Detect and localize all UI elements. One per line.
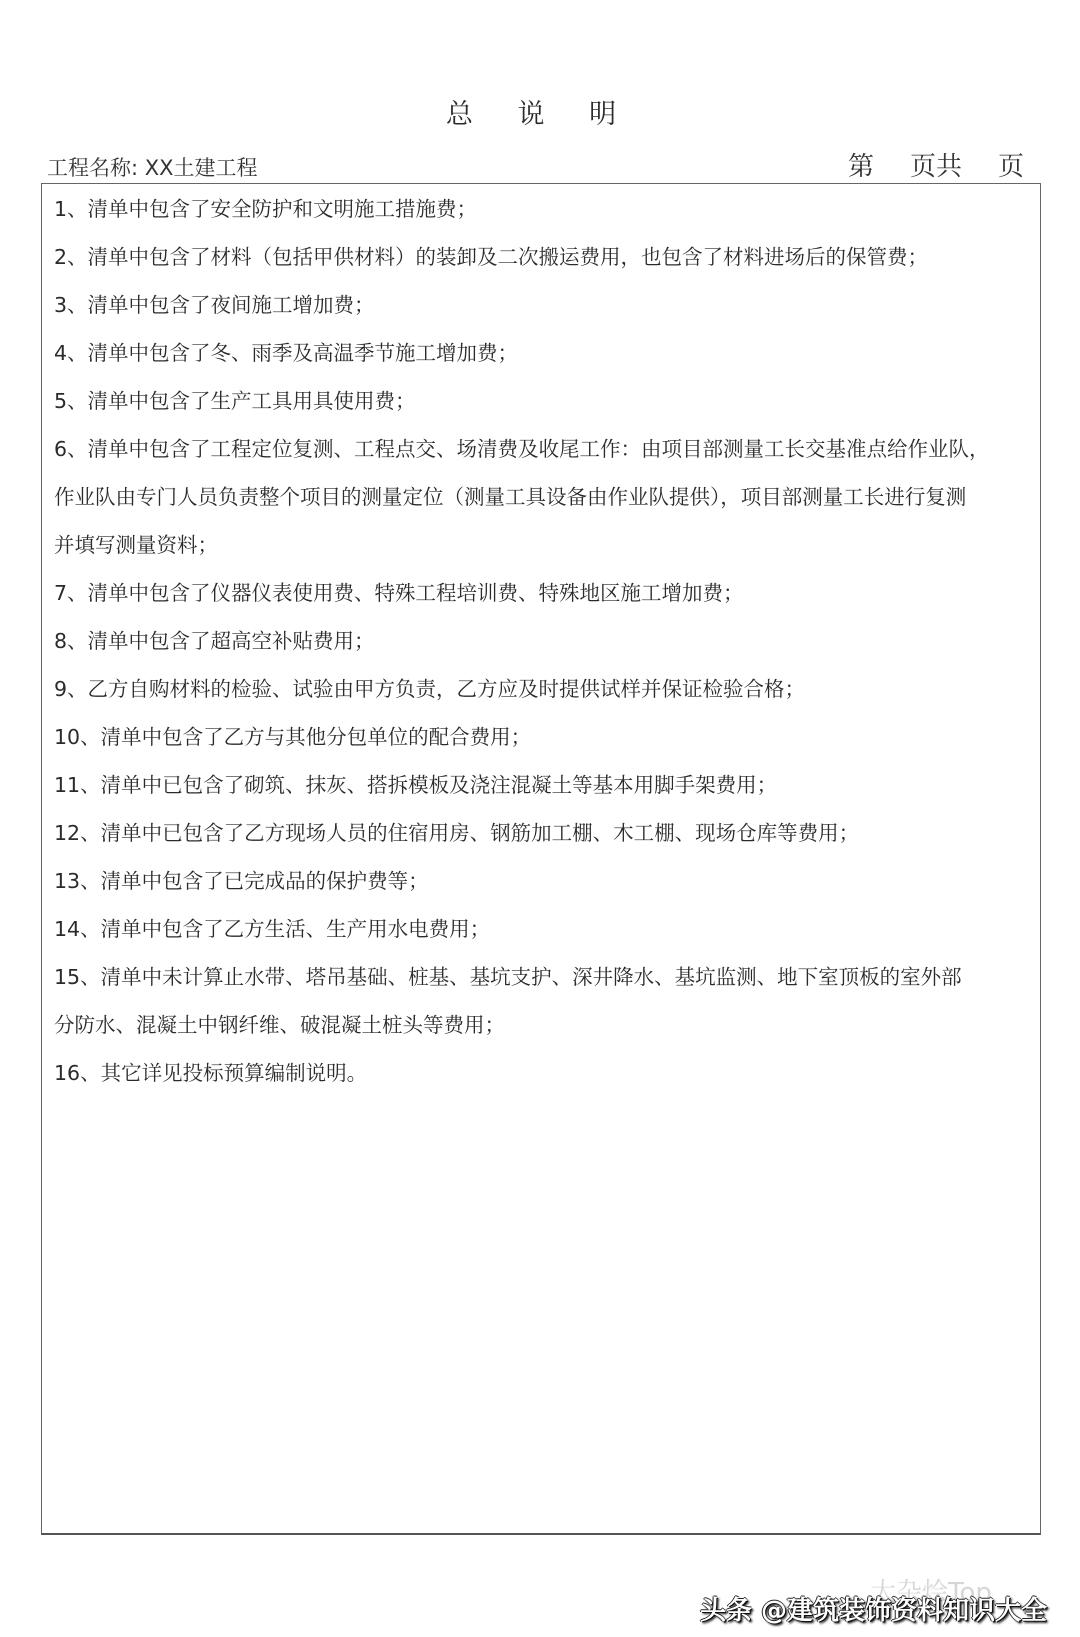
note-line: 15、清单中未计算止水带、塔吊基础、桩基、基坑支护、深井降水、基坑监测、地下室顶… <box>54 964 962 990</box>
page-indicator-suffix: 页 <box>998 146 1024 183</box>
note-line: 1、清单中包含了安全防护和文明施工措施费； <box>54 196 477 222</box>
note-line: 并填写测量资料； <box>54 532 218 558</box>
note-line: 10、清单中包含了乙方与其他分包单位的配合费用； <box>54 724 531 750</box>
page-indicator-middle: 页共 <box>910 146 998 183</box>
note-line: 8、清单中包含了超高空补贴费用； <box>54 628 375 654</box>
note-line: 14、清单中包含了乙方生活、生产用水电费用； <box>54 916 490 942</box>
page-indicator-prefix: 第 <box>848 146 910 183</box>
notes-frame <box>41 183 1041 1535</box>
note-line: 分防水、混凝土中钢纤维、破混凝土桩头等费用； <box>54 1012 505 1038</box>
note-line: 3、清单中包含了夜间施工增加费； <box>54 292 375 318</box>
note-line: 作业队由专门人员负责整个项目的测量定位（测量工具设备由作业队提供），项目部测量工… <box>54 484 966 510</box>
note-line: 7、清单中包含了仪器仪表使用费、特殊工程培训费、特殊地区施工增加费； <box>54 580 744 606</box>
note-line: 4、清单中包含了冬、雨季及高温季节施工增加费； <box>54 340 518 366</box>
note-line: 6、清单中包含了工程定位复测、工程点交、场清费及收尾工作：由项目部测量工长交基准… <box>54 436 990 462</box>
note-line: 5、清单中包含了生产工具用具使用费； <box>54 388 416 414</box>
note-line: 2、清单中包含了材料（包括甲供材料）的装卸及二次搬运费用，也包含了材料进场后的保… <box>54 244 928 270</box>
document-title: 总 说 明 <box>0 92 1080 131</box>
note-line: 16、其它详见投标预算编制说明。 <box>54 1060 367 1086</box>
source-watermark: 头条 @建筑装饰资料知识大全 <box>700 1590 1047 1627</box>
project-name-label: 工程名称: XX土建工程 <box>47 152 258 182</box>
page-indicator: 第 页共 页 <box>848 146 1024 183</box>
note-line: 12、清单中已包含了乙方现场人员的住宿用房、钢筋加工棚、木工棚、现场仓库等费用； <box>54 820 859 846</box>
note-line: 9、乙方自购材料的检验、试验由甲方负责，乙方应及时提供试样并保证检验合格； <box>54 676 805 702</box>
note-line: 11、清单中已包含了砌筑、抹灰、搭拆模板及浇注混凝土等基本用脚手架费用； <box>54 772 777 798</box>
note-line: 13、清单中包含了已完成品的保护费等； <box>54 868 429 894</box>
